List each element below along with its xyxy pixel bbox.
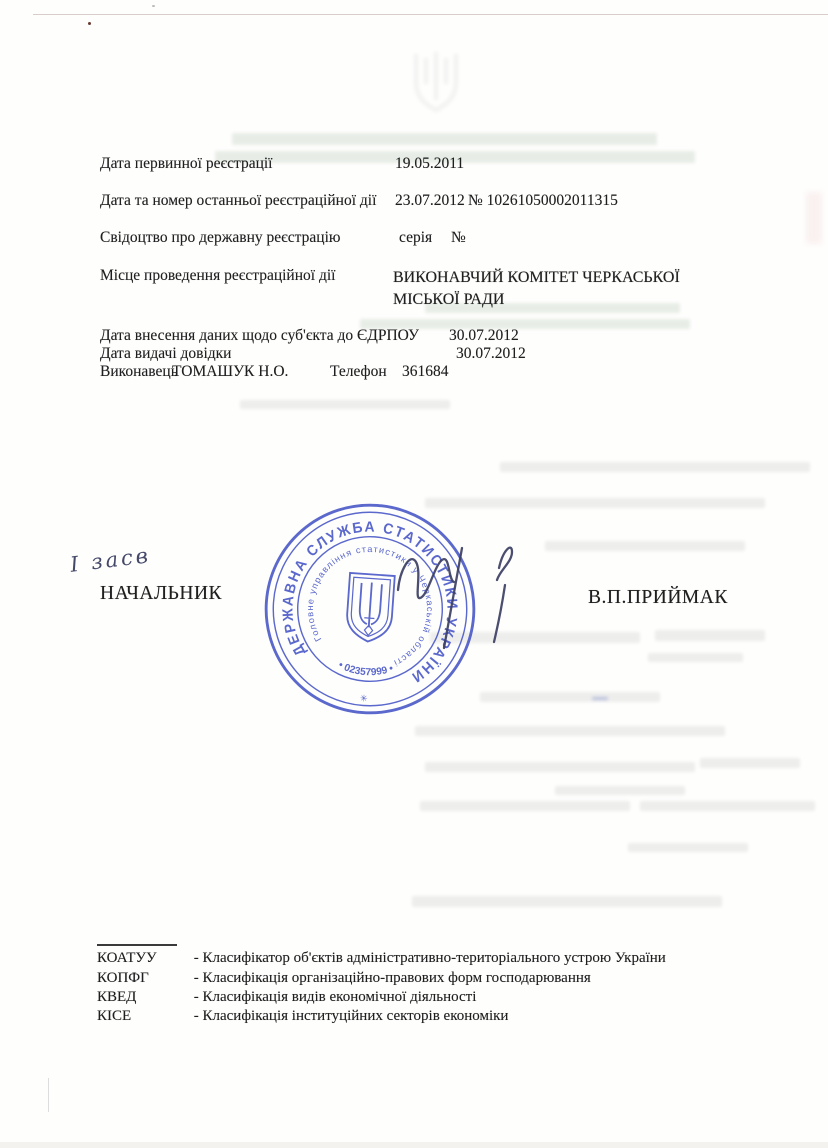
bleed-through-line [648,653,743,662]
field-label: Свідоцтво про державну реєстрацію [100,229,340,247]
scan-artifact-top-line [33,14,828,15]
bleed-through-line [700,758,800,768]
field-label: Дата первинної реєстрації [100,155,273,173]
classifier-desc: - Класифікація видів економічної діяльно… [194,989,477,1005]
bleed-through-line [628,843,748,852]
footnote-row: КОПФГ - Класифікація організаційно-право… [97,969,797,987]
stamp-star: ✳ [360,693,369,704]
classifier-abbr: КОАТУУ [97,949,190,967]
scan-speck [152,5,155,7]
classifier-desc: - Класифікація інституційних секторів ек… [194,1008,509,1024]
field-value: 30.07.2012 [456,345,526,363]
field-value: 30.07.2012 [449,327,519,345]
classifier-desc: - Класифікація організаційно-правових фо… [194,970,591,986]
classifier-abbr: КВЕД [97,988,190,1006]
bleed-through-line [545,541,745,551]
field-label: Дата видачі довідки [100,345,231,363]
classifier-abbr: КІСЕ [97,1007,190,1025]
classifier-desc: - Класифікатор об'єктів адміністративно-… [194,950,666,966]
bleed-through-line [412,896,722,907]
bleed-through-line [555,786,685,795]
number-sign: № [451,229,466,247]
field-value: 19.05.2011 [395,155,464,173]
bleed-through-line [240,400,450,409]
scan-edge-shadow [0,1142,828,1148]
signatory-name: В.П.ПРИЙМАК [588,587,728,609]
executor-name: ТОМАШУК Н.О. [172,363,288,381]
field-label: Дата та номер останньої реєстраційної ді… [100,192,376,210]
field-label: Дата внесення даних щодо суб'єкта до ЄДР… [100,327,419,345]
bleed-through-line [500,462,810,472]
scan-smudge [806,192,822,244]
footnote-row: КВЕД - Класифікація видів економічної ді… [97,988,797,1006]
footnote-rule [97,944,177,946]
series-label: серія [399,229,432,247]
bleed-through-line [640,801,815,811]
scanned-document-page: Дата первинної реєстрації 19.05.2011 Дат… [0,0,828,1148]
handwritten-signature [380,520,550,660]
faded-trident-watermark [408,48,464,122]
classifier-abbr: КОПФГ [97,969,190,987]
bleed-through-line [425,762,695,772]
footnote-row: КІСЕ - Класифікація інституційних сектор… [97,1007,797,1025]
phone-label: Телефон [330,363,387,381]
signatory-title: НАЧАЛЬНИК [100,583,222,605]
bleed-through-line [655,630,765,641]
bleed-through-line [415,726,725,736]
scan-artifact-edge-line [48,1078,49,1112]
phone-number: 361684 [402,363,449,381]
handwritten-note: І засв [69,543,152,577]
field-label: Виконавець [100,363,178,381]
bleed-through-line [232,133,657,145]
bleed-through-line [480,692,660,702]
field-value: 23.07.2012 [395,192,465,210]
bleed-through-line [420,801,630,811]
registration-number: № 10261050002011315 [468,192,618,210]
scan-speck [88,22,91,25]
field-label: Місце проведення реєстраційної дії [100,267,335,285]
footnote-row: КОАТУУ - Класифікатор об'єктів адміністр… [97,949,797,967]
registration-authority: ВИКОНАВЧИЙ КОМІТЕТ ЧЕРКАСЬКОЇ МІСЬКОЇ РА… [393,267,735,311]
